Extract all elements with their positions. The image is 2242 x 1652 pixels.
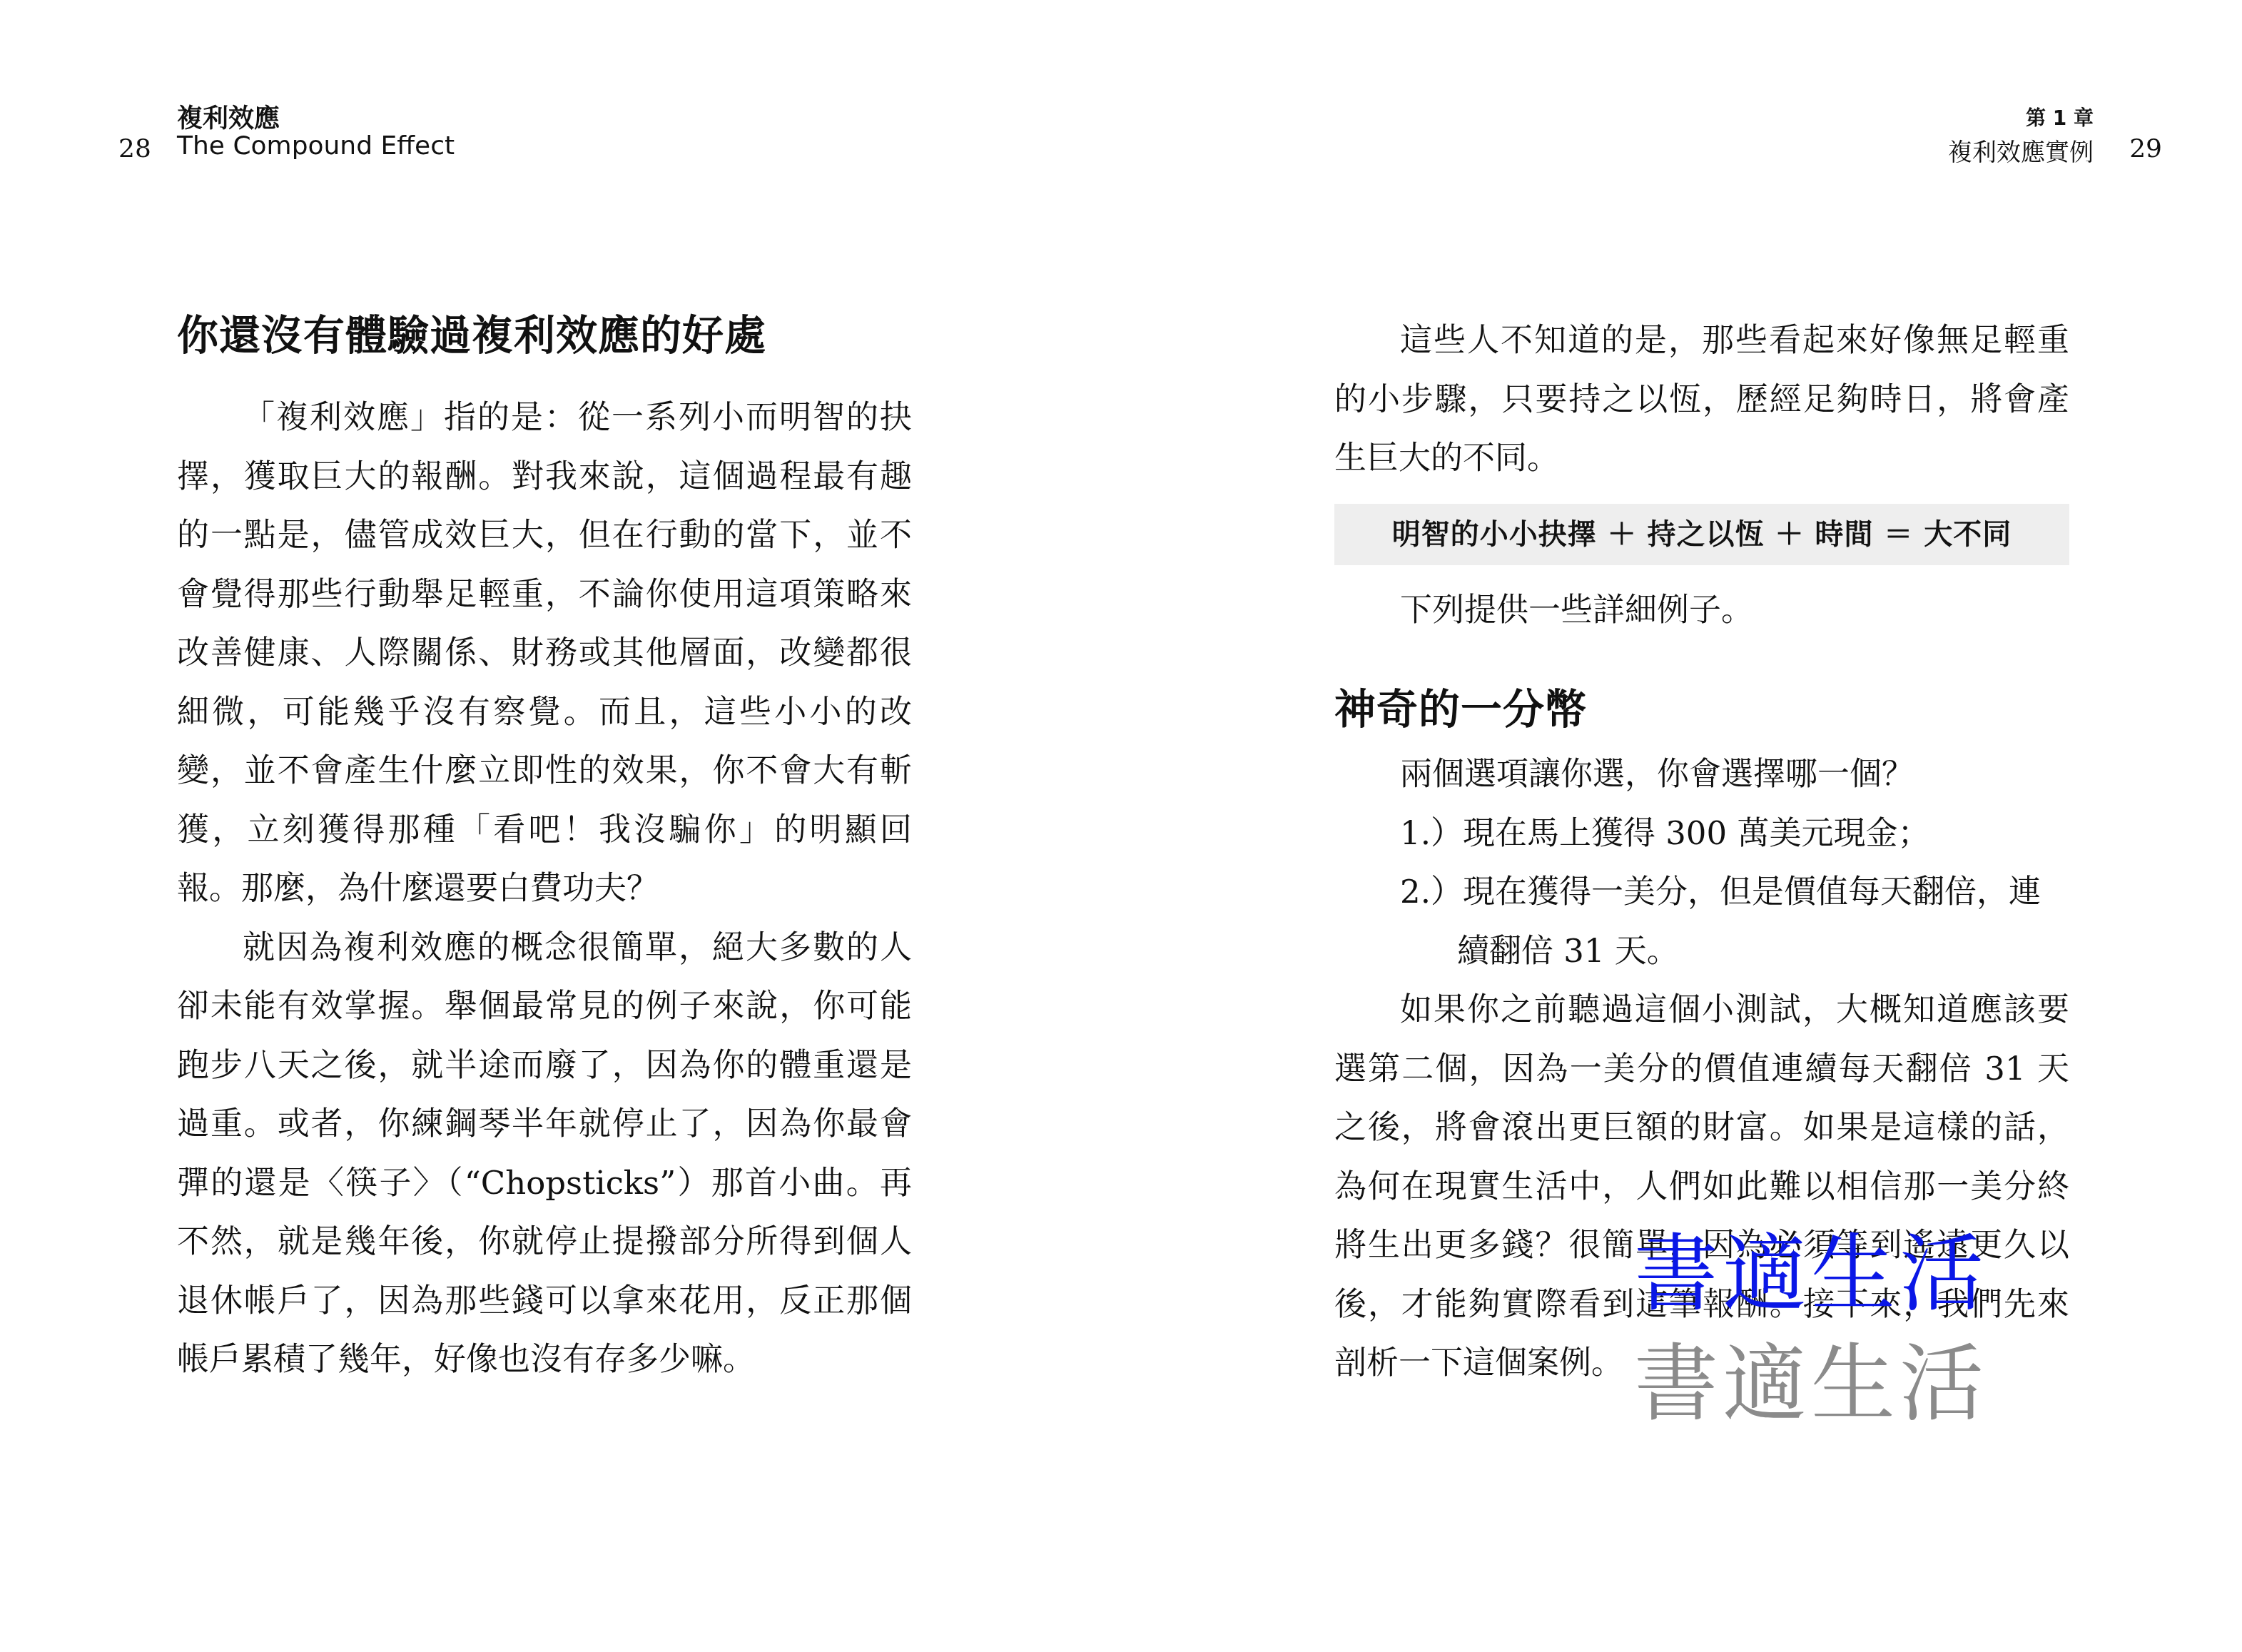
section-title-compound-benefit: 你還沒有體驗過複利效應的好處	[177, 300, 912, 371]
left-page-body: 你還沒有體驗過複利效應的好處 「複利效應」指的是：從一系列小而明智的抉擇，獲取巨…	[177, 300, 912, 1389]
examples-intro: 下列提供一些詳細例子。	[1334, 581, 2069, 640]
intro-paragraph: 這些人不知道的是，那些看起來好像無足輕重的小步驟，只要持之以恆，歷經足夠時日，將…	[1334, 311, 2069, 488]
option-item-2: 2.）現在獲得一美分，但是價值每天翻倍，連 續翻倍 31 天。	[1334, 863, 2069, 980]
option-label: 2.）	[1400, 873, 1463, 911]
running-head-book-title-en: The Compound Effect	[177, 131, 455, 161]
closing-paragraph: 如果你之前聽過這個小測試，大概知道應該要選第二個，因為一美分的價值連續每天翻倍 …	[1334, 980, 2069, 1393]
body-paragraph: 就因為複利效應的概念很簡單，絕大多數的人卻未能有效掌握。舉個最常見的例子來說，你…	[177, 918, 912, 1389]
section-title-magic-penny: 神奇的一分幣	[1334, 674, 2069, 745]
running-head-book-title-cn: 複利效應	[177, 98, 280, 135]
right-page-body: 這些人不知道的是，那些看起來好像無足輕重的小步驟，只要持之以恆，歷經足夠時日，將…	[1334, 311, 2069, 1393]
running-head-chapter-title: 複利效應實例	[1948, 133, 2094, 168]
body-paragraph: 「複利效應」指的是：從一系列小而明智的抉擇，獲取巨大的報酬。對我來說，這個過程最…	[177, 388, 912, 918]
option-label: 1.）	[1400, 814, 1463, 852]
formula-callout-box: 明智的小小抉擇 ＋ 持之以恆 ＋ 時間 ＝ 大不同	[1334, 504, 2069, 565]
running-head-chapter: 第 1 章	[2026, 103, 2094, 131]
option-text: 現在獲得一美分，但是價值每天翻倍，連	[1463, 873, 2041, 911]
page-number-left: 28	[118, 134, 151, 163]
page-number-right: 29	[2129, 134, 2162, 163]
option-item-1: 1.）現在馬上獲得 300 萬美元現金；	[1334, 804, 2069, 863]
option-text: 現在馬上獲得 300 萬美元現金；	[1463, 814, 1930, 852]
question-text: 兩個選項讓你選，你會選擇哪一個？	[1334, 745, 2069, 804]
option-text-continuation: 續翻倍 31 天。	[1400, 922, 2069, 981]
